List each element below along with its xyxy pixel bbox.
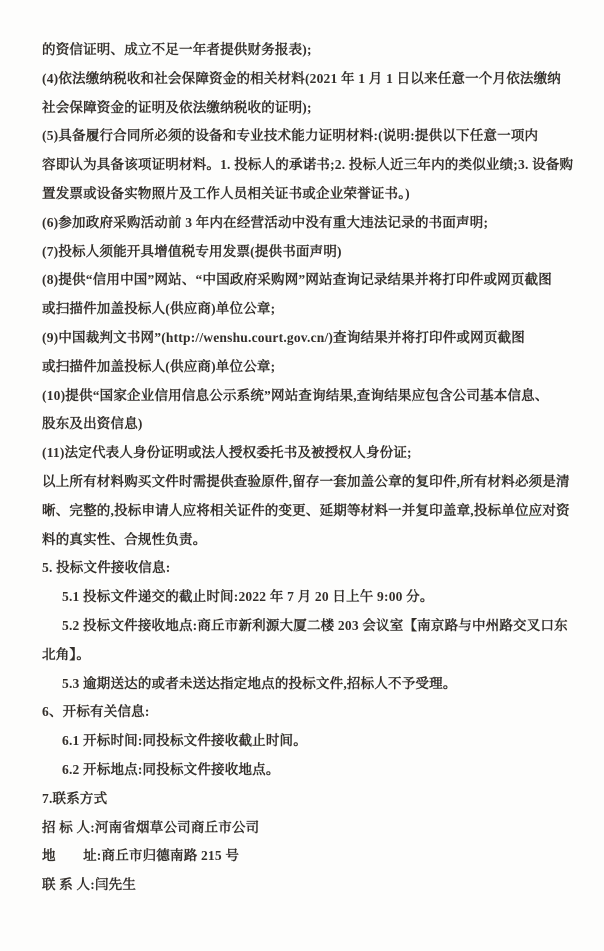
- text-line: 6、开标有关信息:: [42, 698, 568, 727]
- text-line: 5.2 投标文件接收地点:商丘市新利源大厦二楼 203 会议室【南京路与中州路交…: [42, 612, 568, 641]
- text-line: (4)依法缴纳税收和社会保障资金的相关材料(2021 年 1 月 1 日以来任意…: [42, 65, 568, 94]
- text-line: 6.1 开标时间:同投标文件接收截止时间。: [42, 727, 568, 756]
- text-line: 置发票或设备实物照片及工作人员相关证书或企业荣誉证书。): [42, 180, 568, 209]
- text-line: (6)参加政府采购活动前 3 年内在经营活动中没有重大违法记录的书面声明;: [42, 209, 568, 238]
- text-line: 容即认为具备该项证明材料。1. 投标人的承诺书;2. 投标人近三年内的类似业绩;…: [42, 151, 568, 180]
- text-line: 5.1 投标文件递交的截止时间:2022 年 7 月 20 日上午 9:00 分…: [42, 583, 568, 612]
- text-line: 股东及出资信息): [42, 410, 568, 439]
- document-body: 的资信证明、成立不足一年者提供财务报表);(4)依法缴纳税收和社会保障资金的相关…: [42, 36, 568, 900]
- text-line: 5. 投标文件接收信息:: [42, 554, 568, 583]
- text-line: 的资信证明、成立不足一年者提供财务报表);: [42, 36, 568, 65]
- text-line: 料的真实性、合规性负责。: [42, 526, 568, 555]
- text-line: 晰、完整的,投标申请人应将相关证件的变更、延期等材料一并复印盖章,投标单位应对资: [42, 497, 568, 526]
- text-line: 社会保障资金的证明及依法缴纳税收的证明);: [42, 94, 568, 123]
- text-line: 招 标 人:河南省烟草公司商丘市公司: [42, 814, 568, 843]
- text-line: (9)中国裁判文书网”(http://wenshu.court.gov.cn/)…: [42, 324, 568, 353]
- text-line: 或扫描件加盖投标人(供应商)单位公章;: [42, 353, 568, 382]
- text-line: 5.3 逾期送达的或者未送达指定地点的投标文件,招标人不予受理。: [42, 670, 568, 699]
- text-line: (11)法定代表人身份证明或法人授权委托书及被授权人身份证;: [42, 439, 568, 468]
- text-line: 联 系 人:闫先生: [42, 871, 568, 900]
- text-line: (8)提供“信用中国”网站、“中国政府采购网”网站查询记录结果并将打印件或网页截…: [42, 266, 568, 295]
- text-line: 北角】。: [42, 641, 568, 670]
- text-line: 或扫描件加盖投标人(供应商)单位公章;: [42, 295, 568, 324]
- text-line: 以上所有材料购买文件时需提供查验原件,留存一套加盖公章的复印件,所有材料必须是清: [42, 468, 568, 497]
- text-line: (10)提供“国家企业信用信息公示系统”网站查询结果,查询结果应包含公司基本信息…: [42, 382, 568, 411]
- text-line: 7.联系方式: [42, 785, 568, 814]
- document-page: 的资信证明、成立不足一年者提供财务报表);(4)依法缴纳税收和社会保障资金的相关…: [0, 0, 604, 951]
- text-line: 6.2 开标地点:同投标文件接收地点。: [42, 756, 568, 785]
- text-line: (7)投标人须能开具增值税专用发票(提供书面声明): [42, 238, 568, 267]
- text-line: 地 址:商丘市归德南路 215 号: [42, 842, 568, 871]
- text-line: (5)具备履行合同所必须的设备和专业技术能力证明材料:(说明:提供以下任意一项内: [42, 122, 568, 151]
